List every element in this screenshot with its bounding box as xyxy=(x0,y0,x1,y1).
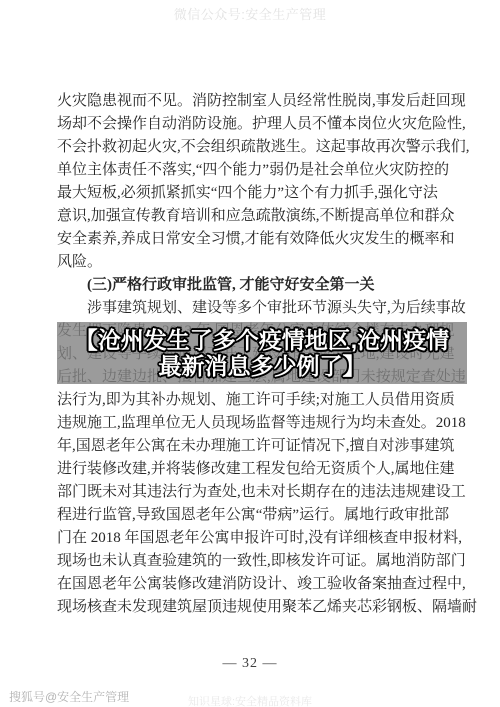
text-line: 意识,加强宣传教育培训和应急疏散演练,不断提高单位和群众 xyxy=(57,205,447,228)
watermark-bottom-center: 知识星球:安全精品资料库 xyxy=(0,693,500,707)
text-line: 违规施工,监理单位无人员现场监督等违规行为均未查处。2018 xyxy=(57,412,447,435)
text-line: 进行装修改建,并将装修改建工程发包给无资质个人,属地住建 xyxy=(57,458,447,481)
text-line: 部门既未对其违法行为查处,也未对长期存在的违法违规建设工 xyxy=(57,481,447,504)
text-line: 现场也未认真查验建筑的一致性,即核发许可证。属地消防部门 xyxy=(57,550,447,573)
page-number: — 32 — xyxy=(0,656,500,672)
overlay-headline-line2: 最新消息多少例了】 xyxy=(159,353,366,379)
section-heading: (三)严格行政审批监管, 才能守好安全第一关 xyxy=(57,274,447,297)
text-line: 法行为,即为其补办规划、施工许可手续;对施工人员借用资质 xyxy=(57,389,447,412)
text-line: 程进行监管,导致国恩老年公寓“带病”运行。属地行政审批部 xyxy=(57,504,447,527)
text-line: 现场核查未发现建筑屋顶违规使用聚苯乙烯夹芯彩钢板、隔墙耐 xyxy=(57,596,447,619)
text-line: 涉事建筑规划、建设等多个审批环节源头失守,为后续事故 xyxy=(57,297,447,320)
text-line: 不会扑救初起火灾,不会组织疏散逃生。这起事故再次警示我们, xyxy=(57,136,447,159)
text-line: 火灾隐患视而不见。消防控制室人员经常性脱岗,事发后赶回现 xyxy=(57,90,447,113)
text-line: 场却不会操作自动消防设施。护理人员不懂本岗位火灾危险性, xyxy=(57,113,447,136)
text-line: 风险。 xyxy=(57,251,447,274)
document-page: 微信公众号:安全生产管理 火灾隐患视而不见。消防控制室人员经常性脱岗,事发后赶回… xyxy=(0,0,500,707)
text-line: 最大短板,必须抓紧抓实“四个能力”这个有力抓手,强化守法 xyxy=(57,182,447,205)
headline-overlay-banner: 【沧州发生了多个疫情地区,沧州疫情 最新消息多少例了】 xyxy=(57,322,467,384)
watermark-top: 微信公众号:安全生产管理 xyxy=(0,4,500,23)
overlay-headline-line1: 【沧州发生了多个疫情地区,沧州疫情 xyxy=(75,327,449,353)
text-line: 在国恩老年公寓装修改建消防设计、竣工验收备案抽查过程中, xyxy=(57,573,447,596)
text-line: 单位主体责任不落实,“四个能力”弱仍是社会单位火灾防控的 xyxy=(57,159,447,182)
text-line: 安全素养,养成日常安全习惯,才能有效降低火灾发生的概率和 xyxy=(57,228,447,251)
text-line: 门在 2018 年国恩老年公寓申报许可时,没有详细核查申报材料, xyxy=(57,527,447,550)
text-line: 年,国恩老年公寓在未办理施工许可证情况下,擅自对涉事建筑 xyxy=(57,435,447,458)
